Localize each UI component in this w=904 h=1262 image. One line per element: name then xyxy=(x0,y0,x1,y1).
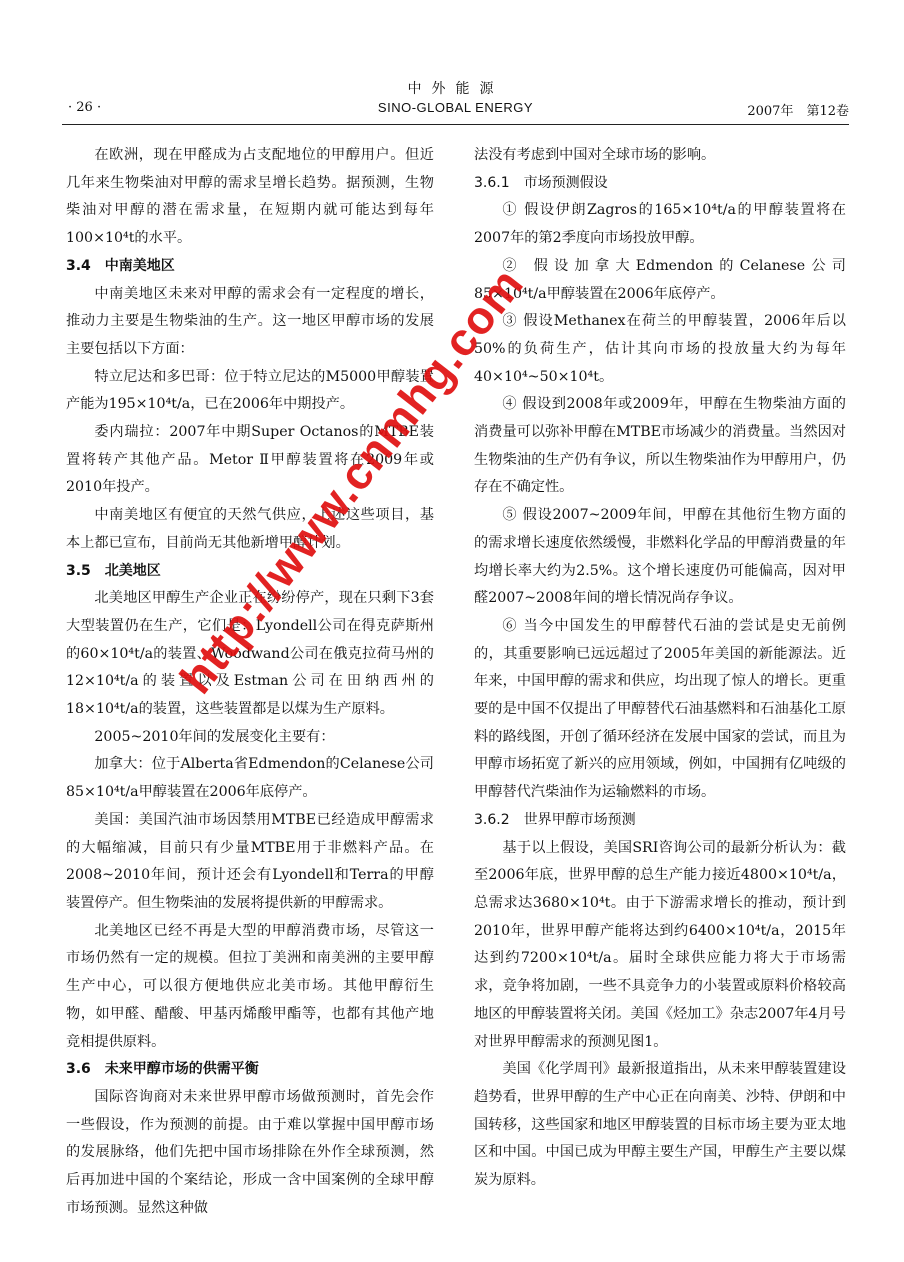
paragraph: ① 假设伊朗Zagros的165×10⁴t/a的甲醇装置将在2007年的第2季度… xyxy=(474,197,846,252)
paragraph: 法没有考虑到中国对全球市场的影响。 xyxy=(474,142,846,170)
paragraph: 2005~2010年间的发展变化主要有： xyxy=(66,724,434,752)
section-heading: 3.5 北美地区 xyxy=(66,558,434,586)
paragraph: 北美地区已经不再是大型的甲醇消费市场，尽管这一市场仍然有一定的规模。但拉丁美洲和… xyxy=(66,918,434,1057)
left-column: 在欧洲，现在甲醛成为占支配地位的甲醇用户。但近几年来生物柴油对甲醇的需求呈增长趋… xyxy=(66,142,434,1222)
header-divider xyxy=(62,124,849,125)
paragraph: 基于以上假设，美国SRI咨询公司的最新分析认为：截至2006年底，世界甲醇的总生… xyxy=(474,835,846,1057)
paragraph: ③ 假设Methanex在荷兰的甲醇装置，2006年后以50%的负荷生产，估计其… xyxy=(474,308,846,391)
journal-title-en: SINO-GLOBAL ENERGY xyxy=(62,100,849,115)
paragraph: 特立尼达和多巴哥：位于特立尼达的M5000甲醇装置产能为195×10⁴t/a，已… xyxy=(66,364,434,419)
paragraph: 中南美地区未来对甲醇的需求会有一定程度的增长，推动力主要是生物柴油的生产。这一地… xyxy=(66,281,434,364)
subsection-heading: 3.6.1 市场预测假设 xyxy=(474,170,846,198)
paragraph: 国际咨询商对未来世界甲醇市场做预测时，首先会作一些假设，作为预测的前提。由于难以… xyxy=(66,1084,434,1223)
paragraph: ⑤ 假设2007~2009年间，甲醇在其他衍生物方面的的需求增长速度依然缓慢，非… xyxy=(474,502,846,613)
paragraph: 在欧洲，现在甲醛成为占支配地位的甲醇用户。但近几年来生物柴油对甲醇的需求呈增长趋… xyxy=(66,142,434,253)
issue-info: 2007年 第12卷 xyxy=(747,100,849,119)
right-column: 法没有考虑到中国对全球市场的影响。3.6.1 市场预测假设① 假设伊朗Zagro… xyxy=(474,142,846,1195)
page-header: 中外能源 · 26 · SINO-GLOBAL ENERGY 2007年 第12… xyxy=(62,78,849,128)
paragraph: 北美地区甲醇生产企业正在纷纷停产，现在只剩下3套大型装置仍在生产，它们是：Lyo… xyxy=(66,585,434,724)
paragraph: 中南美地区有便宜的天然气供应，上述这些项目，基本上都已宣布，目前尚无其他新增甲醇… xyxy=(66,502,434,557)
section-heading: 3.4 中南美地区 xyxy=(66,253,434,281)
paragraph: 加拿大：位于Alberta省Edmendon的Celanese公司85×10⁴t… xyxy=(66,751,434,806)
paragraph: 美国《化学周刊》最新报道指出，从未来甲醇装置建设趋势看，世界甲醇的生产中心正在向… xyxy=(474,1056,846,1195)
paragraph: 美国：美国汽油市场因禁用MTBE已经造成甲醇需求的大幅缩减，目前只有少量MTBE… xyxy=(66,807,434,918)
subsection-heading: 3.6.2 世界甲醇市场预测 xyxy=(474,807,846,835)
paragraph: ⑥ 当今中国发生的甲醇替代石油的尝试是史无前例的，其重要影响已远远超过了2005… xyxy=(474,613,846,807)
journal-title-cn: 中外能源 xyxy=(62,78,849,98)
paragraph: 委内瑞拉：2007年中期Super Octanos的MTBE装置将转产其他产品。… xyxy=(66,419,434,502)
section-heading: 3.6 未来甲醇市场的供需平衡 xyxy=(66,1056,434,1084)
paragraph: ④ 假设到2008年或2009年，甲醇在生物柴油方面的消费量可以弥补甲醇在MTB… xyxy=(474,391,846,502)
paragraph: ② 假设加拿大Edmendon的Celanese公司85×10⁴t/a甲醇装置在… xyxy=(474,253,846,308)
